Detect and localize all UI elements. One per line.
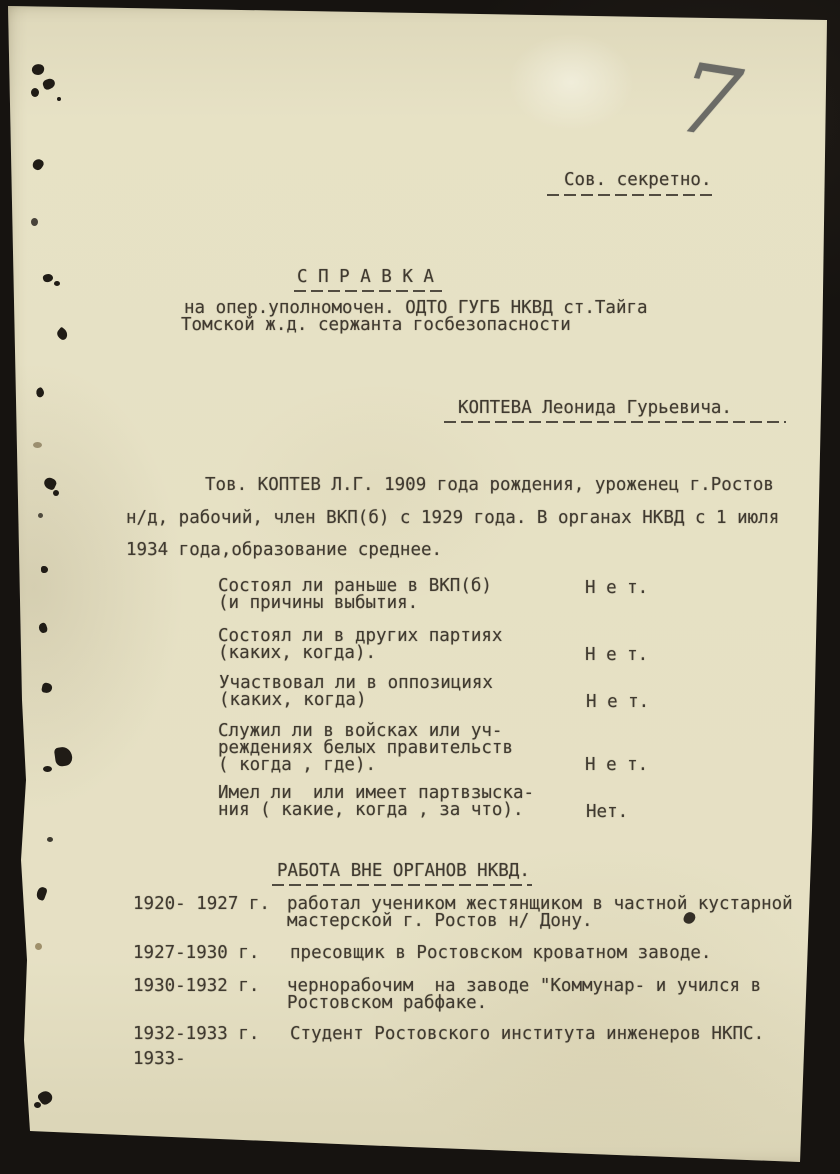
ink-speck <box>55 327 70 342</box>
ink-speck <box>43 766 52 772</box>
work-desc-2: пресовщик в Ростовском кроватном заводе. <box>290 945 711 962</box>
stain-speck <box>35 943 42 950</box>
section-heading-underline <box>272 884 532 886</box>
work-period-1: 1920- 1927 г. <box>133 896 270 913</box>
answer-3: Н е т. <box>586 694 649 711</box>
answer-5: Нет. <box>586 804 628 821</box>
ink-speck <box>34 387 45 399</box>
ink-speck <box>31 63 45 77</box>
ink-speck <box>42 476 58 491</box>
intro-line-1: Тов. КОПТЕВ Л.Г. 1909 года рождения, уро… <box>205 477 774 494</box>
question-3: Участвовал ли в оппозициях(каких, когда) <box>219 675 493 709</box>
question-2-line-2: (каких, когда). <box>218 645 502 662</box>
ink-speck <box>31 157 45 172</box>
subject-underline <box>444 421 786 423</box>
work-period-3: 1930-1932 г. <box>133 978 259 995</box>
work-desc-1-line-2: мастерской г. Ростов н/ Дону. <box>287 913 793 930</box>
question-1-line-2: (и причины выбытия. <box>218 595 492 612</box>
question-5: Имел ли или имеет партвзыска-ния ( какие… <box>218 785 534 819</box>
document-page: 7 Сов. секретно. С П Р А В К А на опер.у… <box>0 0 840 1174</box>
ink-speck <box>54 281 60 286</box>
question-3-line-2: (каких, когда) <box>219 692 493 709</box>
ink-speck <box>31 88 39 97</box>
ink-speck <box>42 273 54 283</box>
ink-speck <box>57 97 61 101</box>
work-period-4: 1932-1933 г. <box>133 1026 259 1043</box>
work-desc-3: чернорабочим на заводе "Коммунар- и учил… <box>287 978 761 1012</box>
ink-speck <box>34 1102 41 1108</box>
ink-speck <box>47 837 53 842</box>
question-2: Состоял ли в других партиях(каких, когда… <box>218 628 502 662</box>
punch-hole <box>54 746 73 767</box>
ink-speck <box>38 513 43 518</box>
document-title: С П Р А В К А <box>297 269 434 286</box>
ink-speck <box>38 622 49 634</box>
work-desc-4: Студент Ростовского института инженеров … <box>290 1026 764 1043</box>
answer-4: Н е т. <box>585 757 648 774</box>
work-desc-3-line-2: Ростовском рабфаке. <box>287 995 761 1012</box>
answer-1: Н е т. <box>585 580 648 597</box>
handwritten-page-number: 7 <box>670 47 756 167</box>
question-4: Служил ли в войсках или уч-реждениях бел… <box>218 723 513 774</box>
classification-label: Сов. секретно. <box>564 172 712 189</box>
classification-underline <box>547 194 714 196</box>
ink-speck <box>31 218 38 226</box>
title-underline <box>294 290 444 292</box>
work-period-5: 1933- <box>133 1051 186 1068</box>
ink-speck <box>42 77 57 91</box>
ink-speck <box>53 490 59 496</box>
question-4-line-3: ( когда , где). <box>218 757 513 774</box>
ink-speck <box>41 566 48 573</box>
ink-speck <box>41 682 53 694</box>
section-heading: РАБОТА ВНЕ ОРГАНОВ НКВД. <box>277 863 530 880</box>
ink-speck <box>35 886 48 901</box>
intro-line-2: н/д, рабочий, член ВКП(б) с 1929 года. В… <box>126 510 779 527</box>
work-desc-1: работал учеником жестянщиком в частной к… <box>287 896 793 930</box>
question-1: Состоял ли раньше в ВКП(б)(и причины выб… <box>218 578 492 612</box>
question-5-line-2: ния ( какие, когда , за что). <box>218 802 534 819</box>
intro-line-3: 1934 года,образование среднее. <box>126 542 442 559</box>
answer-2: Н е т. <box>585 647 648 664</box>
work-period-2: 1927-1930 г. <box>133 945 259 962</box>
scanned-document: 7 Сов. секретно. С П Р А В К А на опер.у… <box>0 0 840 1174</box>
stain-speck <box>33 442 42 448</box>
subtitle-line-2: Томской ж.д. сержанта госбезопасности <box>181 317 571 334</box>
subject-name: КОПТЕВА Леонида Гурьевича. <box>458 400 732 417</box>
